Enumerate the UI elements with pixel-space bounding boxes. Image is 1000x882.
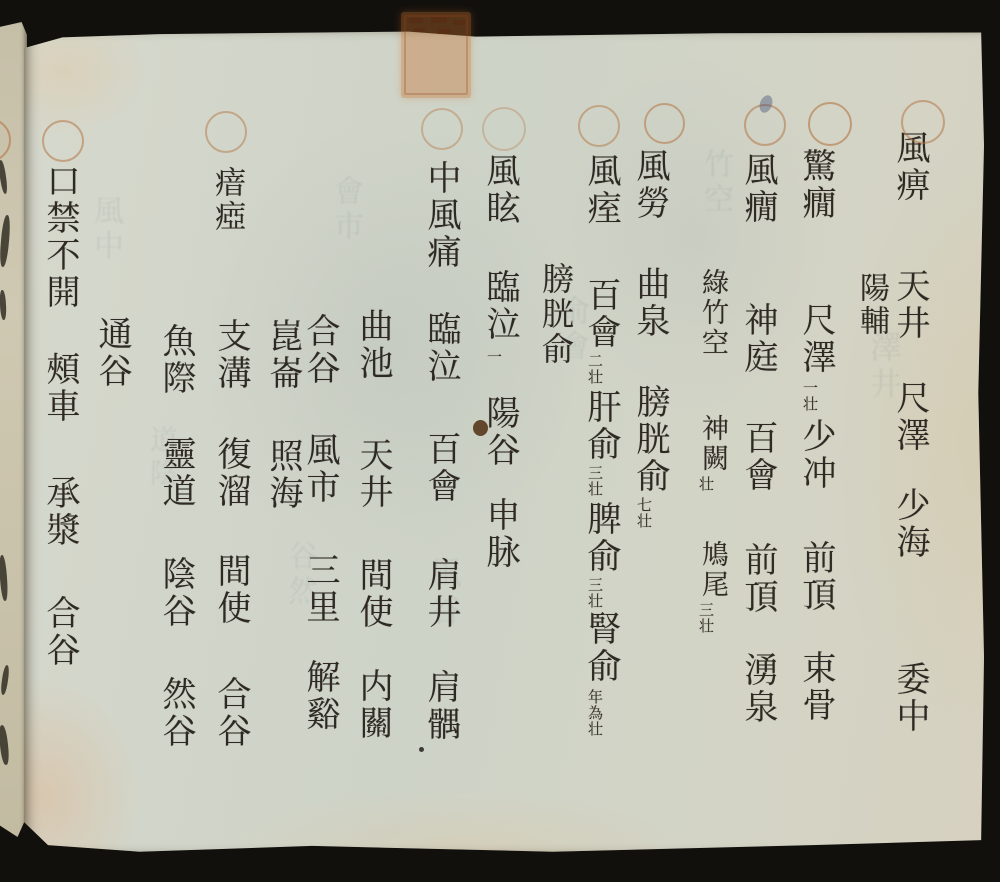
acupoint-term: 鳩尾 (697, 540, 728, 600)
acupoint-term: 少冲 (796, 418, 836, 492)
manuscript-column: 合谷風市三里解谿 (303, 313, 337, 733)
moxa-cone-annotation: 一壮 (801, 380, 819, 412)
seal-script-mark (437, 29, 451, 34)
moxa-cone-annotation: 三壮 (586, 577, 604, 609)
vermilion-reading-circle (578, 105, 620, 147)
acupoint-term: 尺澤 (796, 302, 836, 376)
vermilion-reading-circle (808, 102, 852, 146)
facing-page-partial-stroke (0, 160, 8, 195)
vermilion-reading-circle (644, 103, 685, 144)
moxa-cone-annotation: 年為壮 (586, 689, 604, 737)
acupoint-term: 中風痛 (421, 160, 461, 271)
acupoint-term: 腎俞 (581, 611, 621, 685)
vermilion-reading-circle (421, 108, 463, 150)
acupoint-term: 少海 (890, 487, 930, 561)
acupoint-term: 内關 (353, 668, 393, 742)
facing-page-partial-stroke (0, 665, 10, 696)
acupoint-term: 間使 (211, 553, 251, 627)
acupoint-term: 口禁不開 (40, 163, 80, 311)
vermilion-reading-circle (901, 100, 945, 144)
bleedthrough-text: 竹空 (700, 148, 730, 218)
acupoint-term: 風市 (300, 432, 340, 506)
seal-script-mark (431, 17, 447, 23)
acupoint-term: 支溝 (211, 318, 251, 392)
manuscript-column: 風痓百會二壮肝俞三壮脾俞三壮腎俞年為壮 (584, 153, 618, 737)
manuscript-column: 瘖瘂 (211, 166, 242, 234)
bleedthrough-text: 會市 (330, 175, 360, 245)
acupoint-term: 委中 (890, 661, 930, 735)
manuscript-column: 通谷 (95, 316, 129, 390)
acupoint-term: 瘖瘂 (209, 166, 245, 234)
acupoint-term: 頰車 (40, 351, 80, 425)
manuscript-column: 崑崙照海 (266, 318, 300, 512)
red-seal-stamp (401, 12, 471, 98)
acupoint-term: 臨泣 (480, 269, 520, 343)
acupoint-term: 照海 (263, 438, 303, 512)
acupoint-term: 膀胱俞 (630, 384, 670, 495)
bleedthrough-text: 風中 (90, 195, 120, 265)
acupoint-term: 神闕 (697, 414, 728, 474)
acupoint-term: 然谷 (156, 676, 196, 750)
manuscript-column: 風眩臨泣一陽谷申脉 (483, 153, 517, 571)
manuscript-column: 驚癇尺澤一壮少冲前頂束骨 (799, 148, 833, 724)
acupoint-term: 風勞 (630, 148, 670, 222)
acupoint-term: 通谷 (92, 316, 132, 390)
vermilion-reading-circle (482, 107, 526, 151)
acupoint-term: 復溜 (211, 436, 251, 510)
acupoint-term: 三里 (300, 552, 340, 626)
manuscript-column: 支溝復溜間使合谷 (214, 318, 248, 750)
acupoint-term: 尺澤 (890, 380, 930, 454)
manuscript-column: 綠竹空神闕壮鳩尾三壮 (699, 268, 726, 634)
acupoint-term: 肩井 (421, 557, 461, 631)
acupoint-term: 曲池 (353, 308, 393, 382)
seal-script-mark (453, 20, 465, 25)
acupoint-term: 魚際 (156, 323, 196, 397)
acupoint-term: 風眩 (480, 153, 520, 227)
seal-script-mark (409, 18, 423, 23)
acupoint-term: 解谿 (300, 659, 340, 733)
moxa-cone-annotation: 三壮 (586, 465, 604, 497)
vermilion-reading-circle (42, 120, 84, 162)
seal-script-mark (413, 28, 425, 32)
acupoint-term: 前頂 (796, 540, 836, 614)
manuscript-column: 曲池天井間使内關 (356, 308, 390, 742)
facing-page-partial-stroke (0, 290, 7, 320)
manuscript-column: 風癇神庭百會前頂湧泉 (741, 152, 775, 726)
moxa-cone-annotation: 三壮 (697, 602, 715, 634)
vermilion-reading-circle (0, 118, 11, 162)
acupoint-term: 湧泉 (738, 652, 778, 726)
acupoint-term: 靈道 (156, 436, 196, 510)
facing-page-partial-stroke (0, 215, 11, 267)
foxing-spot (473, 420, 488, 436)
acupoint-term: 膀胱俞 (537, 262, 575, 367)
acupoint-term: 肩髃 (421, 669, 461, 743)
acupoint-term: 承漿 (40, 475, 80, 549)
moxa-cone-annotation: 七壮 (635, 497, 653, 529)
acupoint-term: 天井 (353, 437, 393, 511)
acupoint-term: 束骨 (796, 650, 836, 724)
facing-page-partial-stroke (0, 725, 10, 766)
acupoint-term: 脾俞 (581, 501, 621, 575)
moxa-cone-annotation: 一 (485, 349, 503, 365)
acupoint-term: 驚癇 (796, 148, 836, 222)
acupoint-term: 風癇 (738, 152, 778, 226)
vermilion-reading-circle (205, 111, 247, 153)
acupoint-term: 神庭 (738, 302, 778, 376)
acupoint-term: 綠竹空 (697, 268, 728, 358)
acupoint-term: 崑崙 (263, 318, 303, 392)
manuscript-column: 中風痛臨泣百會肩井肩髃 (424, 160, 458, 743)
acupoint-term: 合谷 (300, 313, 340, 387)
acupoint-term: 百會 (421, 431, 461, 505)
acupoint-term: 合谷 (211, 676, 251, 750)
acupoint-term: 百會 (738, 420, 778, 494)
manuscript-column: 陽輔 (856, 272, 886, 338)
acupoint-term: 百會 (581, 277, 621, 351)
moxa-cone-annotation: 二壮 (586, 353, 604, 385)
acupoint-term: 申脉 (480, 497, 520, 571)
manuscript-photo: 竹空俞會風谷會市谷然風中道陰澤井風痹天井尺澤少海委中陽輔驚癇尺澤一壮少冲前頂束骨… (0, 0, 1000, 882)
manuscript-column: 口禁不開頰車承漿合谷 (43, 163, 77, 669)
facing-page-partial-stroke (0, 555, 9, 601)
acupoint-term: 曲泉 (630, 266, 670, 340)
manuscript-column: 風勞曲泉膀胱俞七壮 (633, 148, 667, 529)
acupoint-term: 前頂 (738, 542, 778, 616)
acupoint-term: 合谷 (40, 595, 80, 669)
acupoint-term: 肝俞 (581, 389, 621, 463)
ink-dot (419, 747, 424, 752)
acupoint-term: 間使 (353, 557, 393, 631)
acupoint-term: 臨泣 (421, 311, 461, 385)
manuscript-column: 魚際靈道陰谷然谷 (159, 323, 193, 750)
manuscript-column: 風痹天井尺澤少海委中 (893, 130, 927, 735)
acupoint-term: 天井 (890, 268, 930, 342)
acupoint-term: 陰谷 (156, 556, 196, 630)
ink-layer: 竹空俞會風谷會市谷然風中道陰澤井風痹天井尺澤少海委中陽輔驚癇尺澤一壮少冲前頂束骨… (0, 0, 1000, 882)
seal-border (404, 15, 468, 95)
manuscript-column: 膀胱俞 (540, 262, 572, 367)
moxa-cone-annotation: 壮 (697, 476, 715, 492)
acupoint-term: 風痓 (581, 153, 621, 227)
acupoint-term: 陽輔 (854, 272, 889, 338)
